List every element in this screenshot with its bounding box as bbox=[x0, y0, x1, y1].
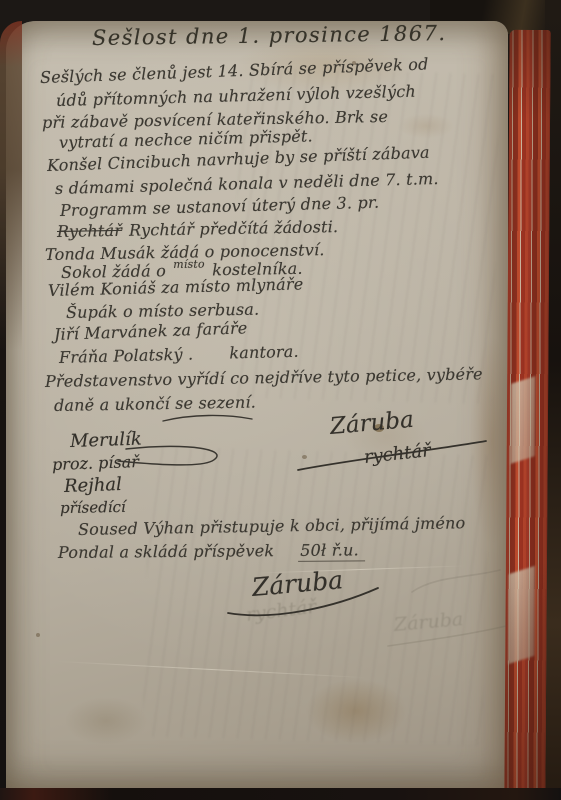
book-fore-edge bbox=[504, 30, 550, 790]
admission-text: Pondal a skládá příspěvek bbox=[58, 541, 274, 562]
signature-scribe-role: proz. písař bbox=[52, 452, 140, 474]
page-title: Sešlost dne 1. prosince 1867. bbox=[92, 21, 447, 50]
petition-role: kantora. bbox=[229, 342, 299, 363]
ink-speck bbox=[302, 455, 307, 459]
photo-background: Sešlost dne 1. prosince 1867. Sešlých se… bbox=[0, 0, 561, 800]
struck-word: Rychtář bbox=[57, 221, 122, 241]
line-rest: Rychtář předčítá žádosti. bbox=[129, 217, 339, 240]
inserted-word: místo bbox=[173, 257, 205, 271]
petition-name: Fráňa Polatský . bbox=[59, 344, 194, 367]
admission-amount: 50ł ř.u. bbox=[298, 540, 365, 562]
signature-assessor-role: přísedící bbox=[60, 498, 126, 517]
manuscript-line: daně a ukončí se sezení. bbox=[54, 392, 256, 415]
signature-assessor-name: Rejhal bbox=[64, 474, 123, 497]
signature-scribe-name: Merulík bbox=[70, 429, 142, 452]
ink-speck bbox=[36, 633, 40, 637]
book-gutter bbox=[0, 21, 22, 351]
table-shadow-strip bbox=[0, 788, 561, 800]
fore-edge-shading bbox=[504, 30, 550, 790]
admission-line: Pondal a skládá příspěvek50ł ř.u. bbox=[58, 540, 365, 562]
